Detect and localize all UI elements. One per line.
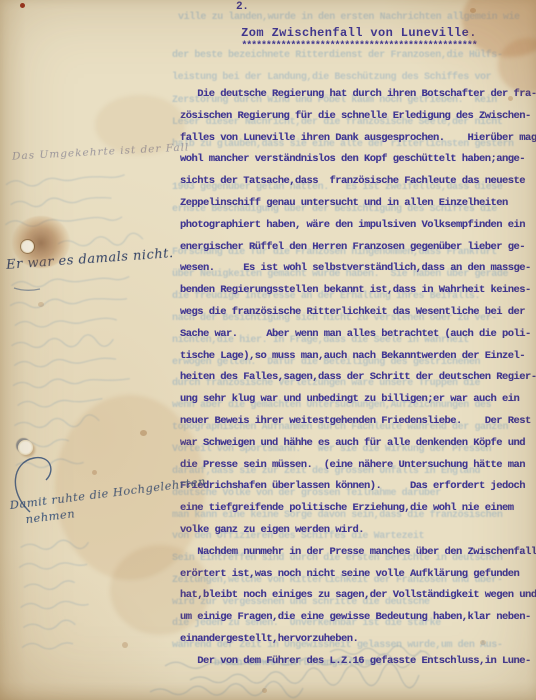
text-line: die Presse sein müssen. (eine nähere Unt… [180, 455, 536, 477]
text-line: Der von dem Führer des L.Z.16 gefasste E… [180, 651, 536, 673]
text-line: neuer Beweis ihrer weitestgehenden Fried… [180, 411, 536, 433]
document-page: ville zu landen,wurde in den ersten Nach… [0, 0, 536, 700]
margin-note-ink-2: Damit ruhte die Hochgelehrten nehmen [9, 474, 209, 528]
fox-speck [38, 302, 44, 307]
text-line: zösischen Regierung für die schnelle Erl… [180, 106, 536, 128]
fox-speck [122, 642, 128, 648]
text-line: Die deutsche Regierung hat durch ihren B… [180, 84, 536, 106]
text-line: Zeppelinschiff genau untersucht und in a… [180, 193, 536, 215]
text-line: benden Regierungsstellen bekannt ist,das… [180, 280, 536, 302]
text-line: Friedrichshafen überlassen können). Das … [180, 476, 536, 498]
text-line: war Schweigen und hähhe es auch für alle… [180, 433, 536, 455]
text-line: Nachdem nunmehr in der Presse manches üb… [180, 542, 536, 564]
text-line: sichts der Tatsache,dass französische Fa… [180, 171, 536, 193]
text-line: ville zu landen,wurde in den ersten Nach… [178, 12, 520, 23]
page-number: 2. [236, 1, 249, 13]
title-underline: ****************************************… [180, 41, 536, 52]
typed-body-text: Die deutsche Regierung hat durch ihren B… [180, 84, 536, 673]
punch-hole-top [21, 240, 34, 253]
text-line: wohl mancher verständnislos den Kopf ges… [180, 149, 536, 171]
text-line: energischer Rüffel den Herren Franzosen … [180, 237, 536, 259]
red-ink-dot [20, 3, 25, 8]
fox-speck [140, 430, 147, 436]
document-title: Zom Zwischenfall von Luneville. [180, 26, 536, 40]
punch-hole-bottom [18, 440, 33, 455]
fox-speck [262, 688, 267, 693]
fox-speck [92, 470, 97, 475]
text-line: erörtert ist,was noch nicht seine volle … [180, 564, 536, 586]
text-line: einandergestellt,hervorzuheben. [180, 629, 536, 651]
fox-speck [470, 8, 476, 13]
text-line: wegs die französische Ritterlichkeit das… [180, 302, 536, 324]
text-line: falles von Luneville ihren Dank ausgespr… [180, 128, 536, 150]
margin-note-ink: Er war es damals nicht. [6, 246, 174, 273]
text-line: wesen. Es ist wohl selbstverständlich,da… [180, 258, 536, 280]
text-line: volke ganz zu eigen werden wird. [180, 520, 536, 542]
text-line: hat,bleibt noch einiges zu sagen,der Vol… [180, 585, 536, 607]
text-line: Sache war. Aber wenn man alles betrachte… [180, 324, 536, 346]
text-line: photographiert haben, wäre den impulsive… [180, 215, 536, 237]
text-line: tische Lage),so muss man,auch nach Bekan… [180, 346, 536, 368]
text-line: ung sehr klug war und unbedingt zu billi… [180, 389, 536, 411]
text-line: eine tiefgreifende politische Erziehung,… [180, 498, 536, 520]
text-line: um einige Fragen,die eine gewisse Bedeut… [180, 607, 536, 629]
margin-note-pencil: Das Umgekehrte ist der Fall [12, 141, 190, 162]
text-line: leistung bei der Landung,die Beschützung… [172, 72, 491, 83]
text-line: heiten des Falles,sagen,dass der Schritt… [180, 367, 536, 389]
